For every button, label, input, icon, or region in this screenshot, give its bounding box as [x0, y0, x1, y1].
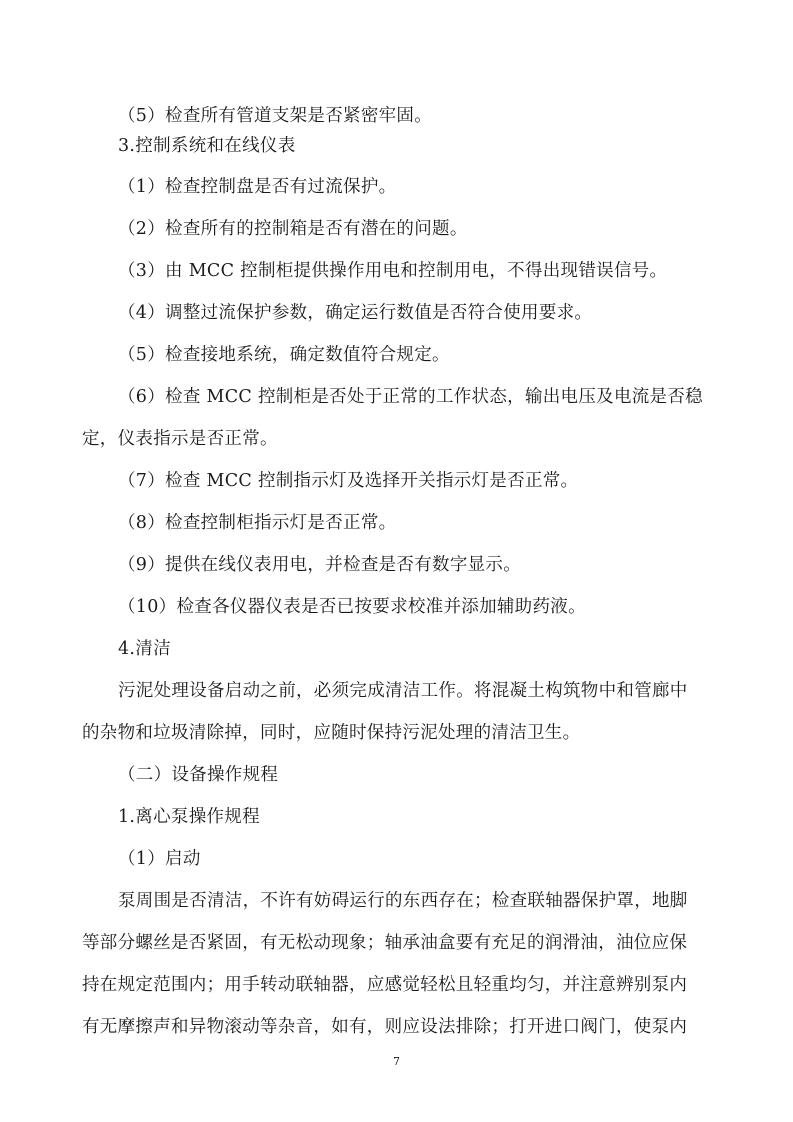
text-line: 有无摩擦声和异物滚动等杂音，如有，则应设法排除；打开进口阀门，使泵内 — [82, 1016, 687, 1038]
section-heading: 1.离心泵操作规程 — [118, 806, 260, 828]
text-line: （9）提供在线仪表用电，并检查是否有数字显示。 — [118, 554, 521, 576]
text-line: （10）检查各仪器仪表是否已按要求校准并添加辅助药液。 — [118, 596, 586, 618]
text-line: （2）检查所有的控制箱是否有潜在的问题。 — [118, 218, 468, 240]
text-line: （8）检查控制柜指示灯是否正常。 — [118, 512, 396, 534]
text-line: （5）检查接地系统，确定数值符合规定。 — [118, 344, 450, 366]
document-page: （5）检查所有管道支架是否紧密牢固。 3.控制系统和在线仪表 （1）检查控制盘是… — [0, 0, 793, 1122]
text-line: 持在规定范围内；用手转动联轴器，应感觉轻松且轻重均匀，并注意辨别泵内 — [82, 974, 687, 996]
text-line: （3）由 MCC 控制柜提供操作用电和控制用电，不得出现错误信号。 — [118, 260, 667, 282]
text-line: （1）启动 — [118, 848, 201, 870]
text-line: （4）调整过流保护参数，确定运行数值是否符合使用要求。 — [118, 302, 592, 324]
section-heading: 4.清洁 — [118, 638, 171, 660]
section-heading: （二）设备操作规程 — [118, 764, 278, 786]
text-line: 污泥处理设备启动之前，必须完成清洁工作。将混凝土构筑物中和管廊中 — [118, 680, 688, 702]
section-heading: 3.控制系统和在线仪表 — [118, 135, 296, 157]
text-line: （7）检查 MCC 控制指示灯及选择开关指示灯是否正常。 — [118, 470, 578, 492]
page-number: 7 — [0, 1055, 793, 1068]
text-line: （6）检查 MCC 控制柜是否处于正常的工作状态，输出电压及电流是否稳 — [118, 386, 703, 408]
text-line: （1）检查控制盘是否有过流保护。 — [118, 176, 396, 198]
text-line: 泵周围是否清洁，不许有妨碍运行的东西存在；检查联轴器保护罩，地脚 — [118, 890, 688, 912]
text-line: 的杂物和垃圾清除掉，同时，应随时保持污泥处理的清洁卫生。 — [82, 722, 580, 744]
text-line: 等部分螺丝是否紧固，有无松动现象；轴承油盒要有充足的润滑油，油位应保 — [82, 932, 687, 954]
text-line: 定，仪表指示是否正常。 — [82, 428, 278, 450]
text-line: （5）检查所有管道支架是否紧密牢固。 — [118, 105, 432, 127]
